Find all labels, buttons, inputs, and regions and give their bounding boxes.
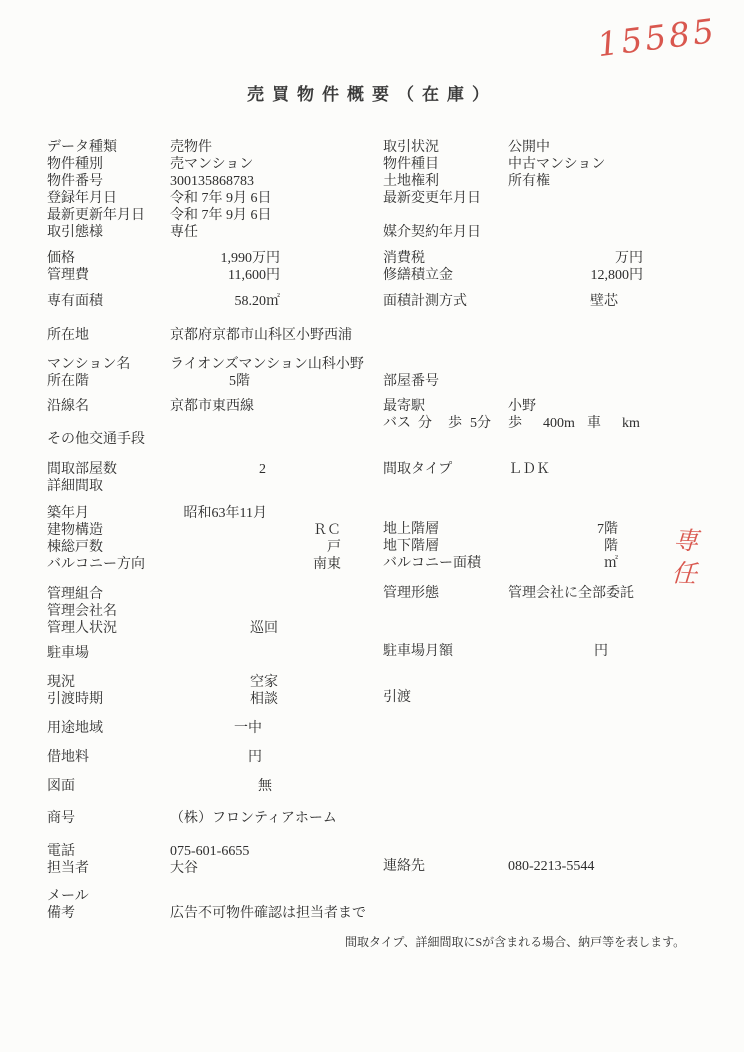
- field-label: 間取部屋数: [47, 461, 170, 478]
- field-value: 売マンション: [170, 156, 253, 173]
- field-label: 備考: [47, 905, 170, 922]
- field-layout-type: 間取タイプ ＬＤＫ: [383, 461, 550, 478]
- field-label: 連絡先: [383, 858, 508, 875]
- field-label: 用途地域: [47, 720, 170, 737]
- field-registration-date: 登録年月日 令和 7年 9月 6日: [47, 190, 272, 207]
- field-caretaker-status: 管理人状況 巡回: [47, 620, 278, 637]
- field-transaction-type: 取引態様 専任: [47, 224, 198, 241]
- field-label: 借地料: [47, 749, 170, 766]
- field-value: 12,800円: [508, 267, 643, 284]
- field-value: 一中: [170, 720, 262, 737]
- field-mediation-contract-date: 媒介契約年月日: [383, 224, 508, 241]
- field-value: 広告不可物件確認は担当者まで: [170, 905, 366, 922]
- field-label: 担当者: [47, 860, 170, 877]
- field-label: 間取タイプ: [383, 461, 508, 478]
- field-label: 修繕積立金: [383, 267, 508, 284]
- field-management-company: 管理会社名: [47, 603, 170, 620]
- field-parking-monthly: 駐車場月額 円: [383, 643, 608, 660]
- stamp-char-1: 専: [670, 523, 702, 558]
- handwritten-number: 15585: [595, 11, 719, 64]
- field-structure: 建物構造 ＲＣ: [47, 522, 341, 539]
- field-company-name: 商号 （株）フロンティアホーム: [47, 810, 337, 827]
- field-label: 登録年月日: [47, 190, 170, 207]
- bus-minutes-unit: 分: [418, 415, 432, 432]
- field-label: 物件番号: [47, 173, 170, 190]
- field-value: 11,600円: [170, 267, 280, 284]
- field-exclusive-area: 専有面積 58.20㎡: [47, 293, 280, 310]
- field-handover: 引渡: [383, 689, 508, 706]
- field-value: 大谷: [170, 860, 198, 877]
- field-detailed-layout: 詳細間取: [47, 478, 170, 495]
- field-built-date: 築年月 昭和63年11月: [47, 505, 267, 522]
- field-label: 電話: [47, 843, 170, 860]
- field-label: 管理費: [47, 267, 170, 284]
- field-label: 価格: [47, 250, 170, 267]
- field-value: 昭和63年11月: [170, 505, 267, 522]
- field-value: 中古マンション: [508, 156, 605, 173]
- field-nearest-station: 最寄駅 小野: [383, 398, 536, 415]
- field-value: 小野: [508, 398, 536, 415]
- field-value: ＲＣ: [170, 522, 341, 539]
- field-station-access: バス 分 歩 5分 歩 400m 車 km: [383, 415, 683, 432]
- field-value: ㎡: [508, 555, 618, 572]
- field-label: 管理人状況: [47, 620, 170, 637]
- field-label: マンション名: [47, 356, 170, 373]
- field-label: 引渡時期: [47, 691, 170, 708]
- field-value: 5階: [170, 373, 250, 390]
- field-label: 管理組合: [47, 586, 170, 603]
- field-label: 管理会社名: [47, 603, 170, 620]
- field-label: 図面: [47, 778, 170, 795]
- field-label: 地上階層: [383, 521, 508, 538]
- field-label: 取引態様: [47, 224, 170, 241]
- car-distance-unit: km: [622, 415, 640, 432]
- field-label: 地下階層: [383, 538, 508, 555]
- field-value: ライオンズマンション山科小野: [170, 356, 364, 373]
- field-other-transport: その他交通手段: [47, 431, 170, 448]
- field-room-count: 間取部屋数 2: [47, 461, 266, 478]
- field-data-type: データ種類 売物件: [47, 139, 212, 156]
- field-label: その他交通手段: [47, 431, 170, 448]
- field-contact-phone: 連絡先 080-2213-5544: [383, 858, 594, 875]
- field-value: 相談: [170, 691, 278, 708]
- field-label: 所在地: [47, 327, 170, 344]
- field-label: 現況: [47, 674, 170, 691]
- footer-note: 間取タイプ、詳細間取にSが含まれる場合、納戸等を表します。: [345, 934, 685, 950]
- field-value: 巡回: [170, 620, 278, 637]
- field-value: 壁芯: [508, 293, 618, 310]
- field-balcony-direction: バルコニー方向 南東: [47, 556, 341, 573]
- field-value: 公開中: [508, 139, 550, 156]
- field-label: 詳細間取: [47, 478, 170, 495]
- field-label: 最新変更年月日: [383, 190, 508, 207]
- field-label: 商号: [47, 810, 170, 827]
- field-value: 円: [170, 749, 262, 766]
- field-value: 南東: [170, 556, 341, 573]
- field-value: 無: [170, 778, 272, 795]
- field-value: 075-601-6655: [170, 843, 249, 860]
- field-consumption-tax: 消費税 万円: [383, 250, 643, 267]
- field-building-name: マンション名 ライオンズマンション山科小野: [47, 356, 364, 373]
- field-transaction-status: 取引状況 公開中: [383, 139, 550, 156]
- handwritten-stamp: 専 任: [668, 523, 701, 590]
- field-land-rent: 借地料 円: [47, 749, 262, 766]
- document-page: 15585 売買物件概要（在庫） データ種類 売物件 物件種別 売マンション 物…: [0, 0, 744, 1052]
- field-property-type: 物件種目 中古マンション: [383, 156, 605, 173]
- field-value: 所有権: [508, 173, 550, 190]
- field-value: 京都府京都市山科区小野西浦: [170, 327, 352, 344]
- field-floor-located: 所在階 5階: [47, 373, 250, 390]
- field-floors-above: 地上階層 7階: [383, 521, 618, 538]
- field-label: 築年月: [47, 505, 170, 522]
- field-label: メール: [47, 888, 170, 905]
- field-value: 1,990万円: [170, 250, 280, 267]
- field-room-number: 部屋番号: [383, 373, 508, 390]
- field-rail-line: 沿線名 京都市東西線: [47, 398, 254, 415]
- field-parking: 駐車場: [47, 645, 170, 662]
- field-value: 円: [508, 643, 608, 660]
- walk-label: 歩: [448, 415, 462, 432]
- field-label: 建物構造: [47, 522, 170, 539]
- walk-label-2: 歩: [508, 415, 522, 432]
- stamp-char-2: 任: [668, 556, 700, 591]
- field-contact-person: 担当者 大谷: [47, 860, 198, 877]
- field-value: 空家: [170, 674, 278, 691]
- field-label: 取引状況: [383, 139, 508, 156]
- field-value: 080-2213-5544: [508, 858, 594, 875]
- field-value: 管理会社に全部委託: [508, 585, 634, 602]
- field-label: 最新更新年月日: [47, 207, 170, 224]
- walk-minutes: 5分: [470, 415, 491, 432]
- field-zoning: 用途地域 一中: [47, 720, 262, 737]
- field-label: バルコニー方向: [47, 556, 170, 573]
- field-management-assoc: 管理組合: [47, 586, 170, 603]
- field-email: メール: [47, 888, 170, 905]
- field-value: （株）フロンティアホーム: [170, 810, 337, 827]
- field-label: 最寄駅: [383, 398, 508, 415]
- field-handover-timing: 引渡時期 相談: [47, 691, 278, 708]
- field-label: 駐車場: [47, 645, 170, 662]
- field-last-change-date: 最新変更年月日: [383, 190, 508, 207]
- field-remarks: 備考 広告不可物件確認は担当者まで: [47, 905, 366, 922]
- field-label: 所在階: [47, 373, 170, 390]
- field-value: 7階: [508, 521, 618, 538]
- field-value: ＬＤＫ: [508, 461, 550, 478]
- field-land-rights: 土地権利 所有権: [383, 173, 550, 190]
- field-drawing: 図面 無: [47, 778, 272, 795]
- field-label: 棟総戸数: [47, 539, 170, 556]
- field-value: 万円: [508, 250, 643, 267]
- field-property-category: 物件種別 売マンション: [47, 156, 253, 173]
- field-label: 沿線名: [47, 398, 170, 415]
- field-value: 階: [508, 538, 618, 555]
- field-balcony-area: バルコニー面積 ㎡: [383, 555, 618, 572]
- field-label: 面積計測方式: [383, 293, 508, 310]
- field-value: 戸: [170, 539, 341, 556]
- page-title: 売買物件概要（在庫）: [0, 80, 744, 105]
- field-management-form: 管理形態 管理会社に全部委託: [383, 585, 634, 602]
- field-value: 京都市東西線: [170, 398, 254, 415]
- bus-label: バス: [383, 415, 411, 432]
- field-last-update-date: 最新更新年月日 令和 7年 9月 6日: [47, 207, 272, 224]
- field-value: 専任: [170, 224, 198, 241]
- field-label: 部屋番号: [383, 373, 508, 390]
- field-label: 駐車場月額: [383, 643, 508, 660]
- field-label: 媒介契約年月日: [383, 224, 508, 241]
- field-label: 専有面積: [47, 293, 170, 310]
- field-total-units: 棟総戸数 戸: [47, 539, 341, 556]
- field-current-status: 現況 空家: [47, 674, 278, 691]
- field-label: 物件種別: [47, 156, 170, 173]
- field-value: 2: [170, 461, 266, 478]
- walk-distance: 400m: [543, 415, 575, 432]
- field-label: 管理形態: [383, 585, 508, 602]
- field-label: データ種類: [47, 139, 170, 156]
- field-value: 令和 7年 9月 6日: [170, 190, 272, 207]
- field-phone: 電話 075-601-6655: [47, 843, 249, 860]
- field-label: 消費税: [383, 250, 508, 267]
- car-label: 車: [587, 415, 601, 432]
- field-repair-reserve: 修繕積立金 12,800円: [383, 267, 643, 284]
- field-label: 物件種目: [383, 156, 508, 173]
- field-label: バルコニー面積: [383, 555, 508, 572]
- field-value: 令和 7年 9月 6日: [170, 207, 272, 224]
- field-area-measurement: 面積計測方式 壁芯: [383, 293, 618, 310]
- field-label: 引渡: [383, 689, 508, 706]
- field-value: 売物件: [170, 139, 212, 156]
- field-property-number: 物件番号 300135868783: [47, 173, 254, 190]
- field-floors-below: 地下階層 階: [383, 538, 618, 555]
- field-management-fee: 管理費 11,600円: [47, 267, 280, 284]
- field-value: 58.20㎡: [170, 293, 280, 310]
- field-price: 価格 1,990万円: [47, 250, 280, 267]
- field-label: 土地権利: [383, 173, 508, 190]
- field-location: 所在地 京都府京都市山科区小野西浦: [47, 327, 352, 344]
- field-value: 300135868783: [170, 173, 254, 190]
